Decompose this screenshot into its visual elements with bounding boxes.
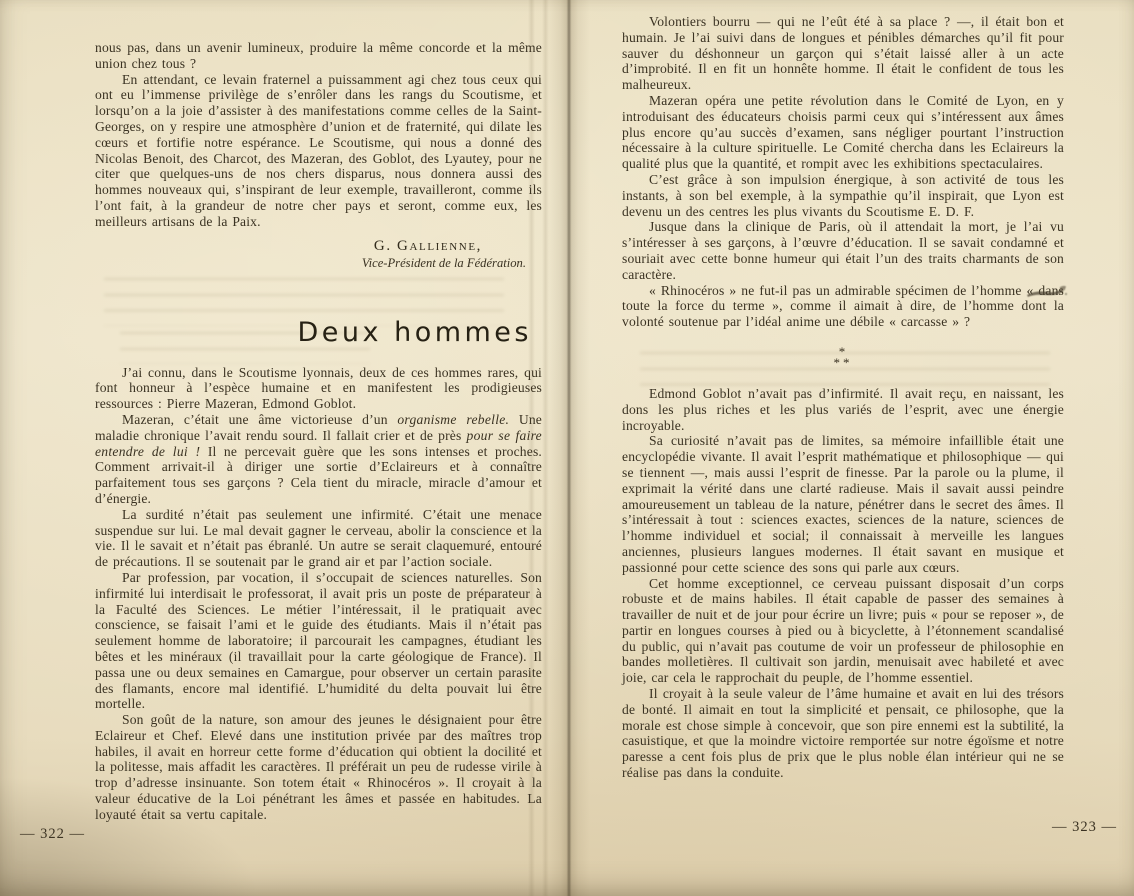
paragraph: Mazeran opéra une petite révolution dans… <box>622 93 1064 172</box>
paragraph: Volontiers bourru — qui ne l’eût été à s… <box>622 14 1064 93</box>
paragraph: C’est grâce à son impulsion énergique, à… <box>622 172 1064 219</box>
section-heading: Deux hommes <box>95 317 542 349</box>
page-crease <box>542 0 549 896</box>
paragraph: La surdité n’était pas seulement une inf… <box>95 507 542 570</box>
signature-name: G. Gallienne, <box>95 237 542 255</box>
paragraph: nous pas, dans un avenir lumineux, produ… <box>95 40 542 72</box>
paragraph: Jusque dans la clinique de Paris, où il … <box>622 219 1064 282</box>
page-number-right: — 323 — <box>1052 819 1117 835</box>
paragraph: « Rhinocéros » ne fut-il pas un admirabl… <box>622 283 1064 330</box>
ink-smudge-icon <box>1026 285 1068 305</box>
paragraph: Par profession, par vocation, il s’occup… <box>95 570 542 712</box>
paragraph: Mazeran, c’était une âme victorieuse d’u… <box>95 412 542 507</box>
paragraph: Son goût de la nature, son amour des jeu… <box>95 712 542 823</box>
right-page: Volontiers bourru — qui ne l’eût été à s… <box>622 14 1064 781</box>
paragraph: En attendant, ce levain fraternel a puis… <box>95 72 542 230</box>
signature-title: Vice-Président de la Fédération. <box>95 255 542 271</box>
page-gutter <box>548 0 590 896</box>
signature-block: G. Gallienne, Vice-Président de la Fédér… <box>95 237 542 271</box>
left-page: nous pas, dans un avenir lumineux, produ… <box>95 40 542 823</box>
asterism-bottom: ** <box>622 357 1064 368</box>
asterism-separator: * ** <box>622 346 1064 368</box>
paragraph: Sa curiosité n’avait pas de limites, sa … <box>622 433 1064 575</box>
book-spread: nous pas, dans un avenir lumineux, produ… <box>0 0 1134 896</box>
paragraph: J’ai connu, dans le Scoutisme lyonnais, … <box>95 365 542 412</box>
paragraph: Il croyait à la seule valeur de l’âme hu… <box>622 686 1064 781</box>
paragraph: Edmond Goblot n’avait pas d’infirmité. I… <box>622 386 1064 433</box>
paragraph: Cet homme exceptionnel, ce cerveau puiss… <box>622 576 1064 687</box>
page-number-left: — 322 — <box>20 826 85 842</box>
